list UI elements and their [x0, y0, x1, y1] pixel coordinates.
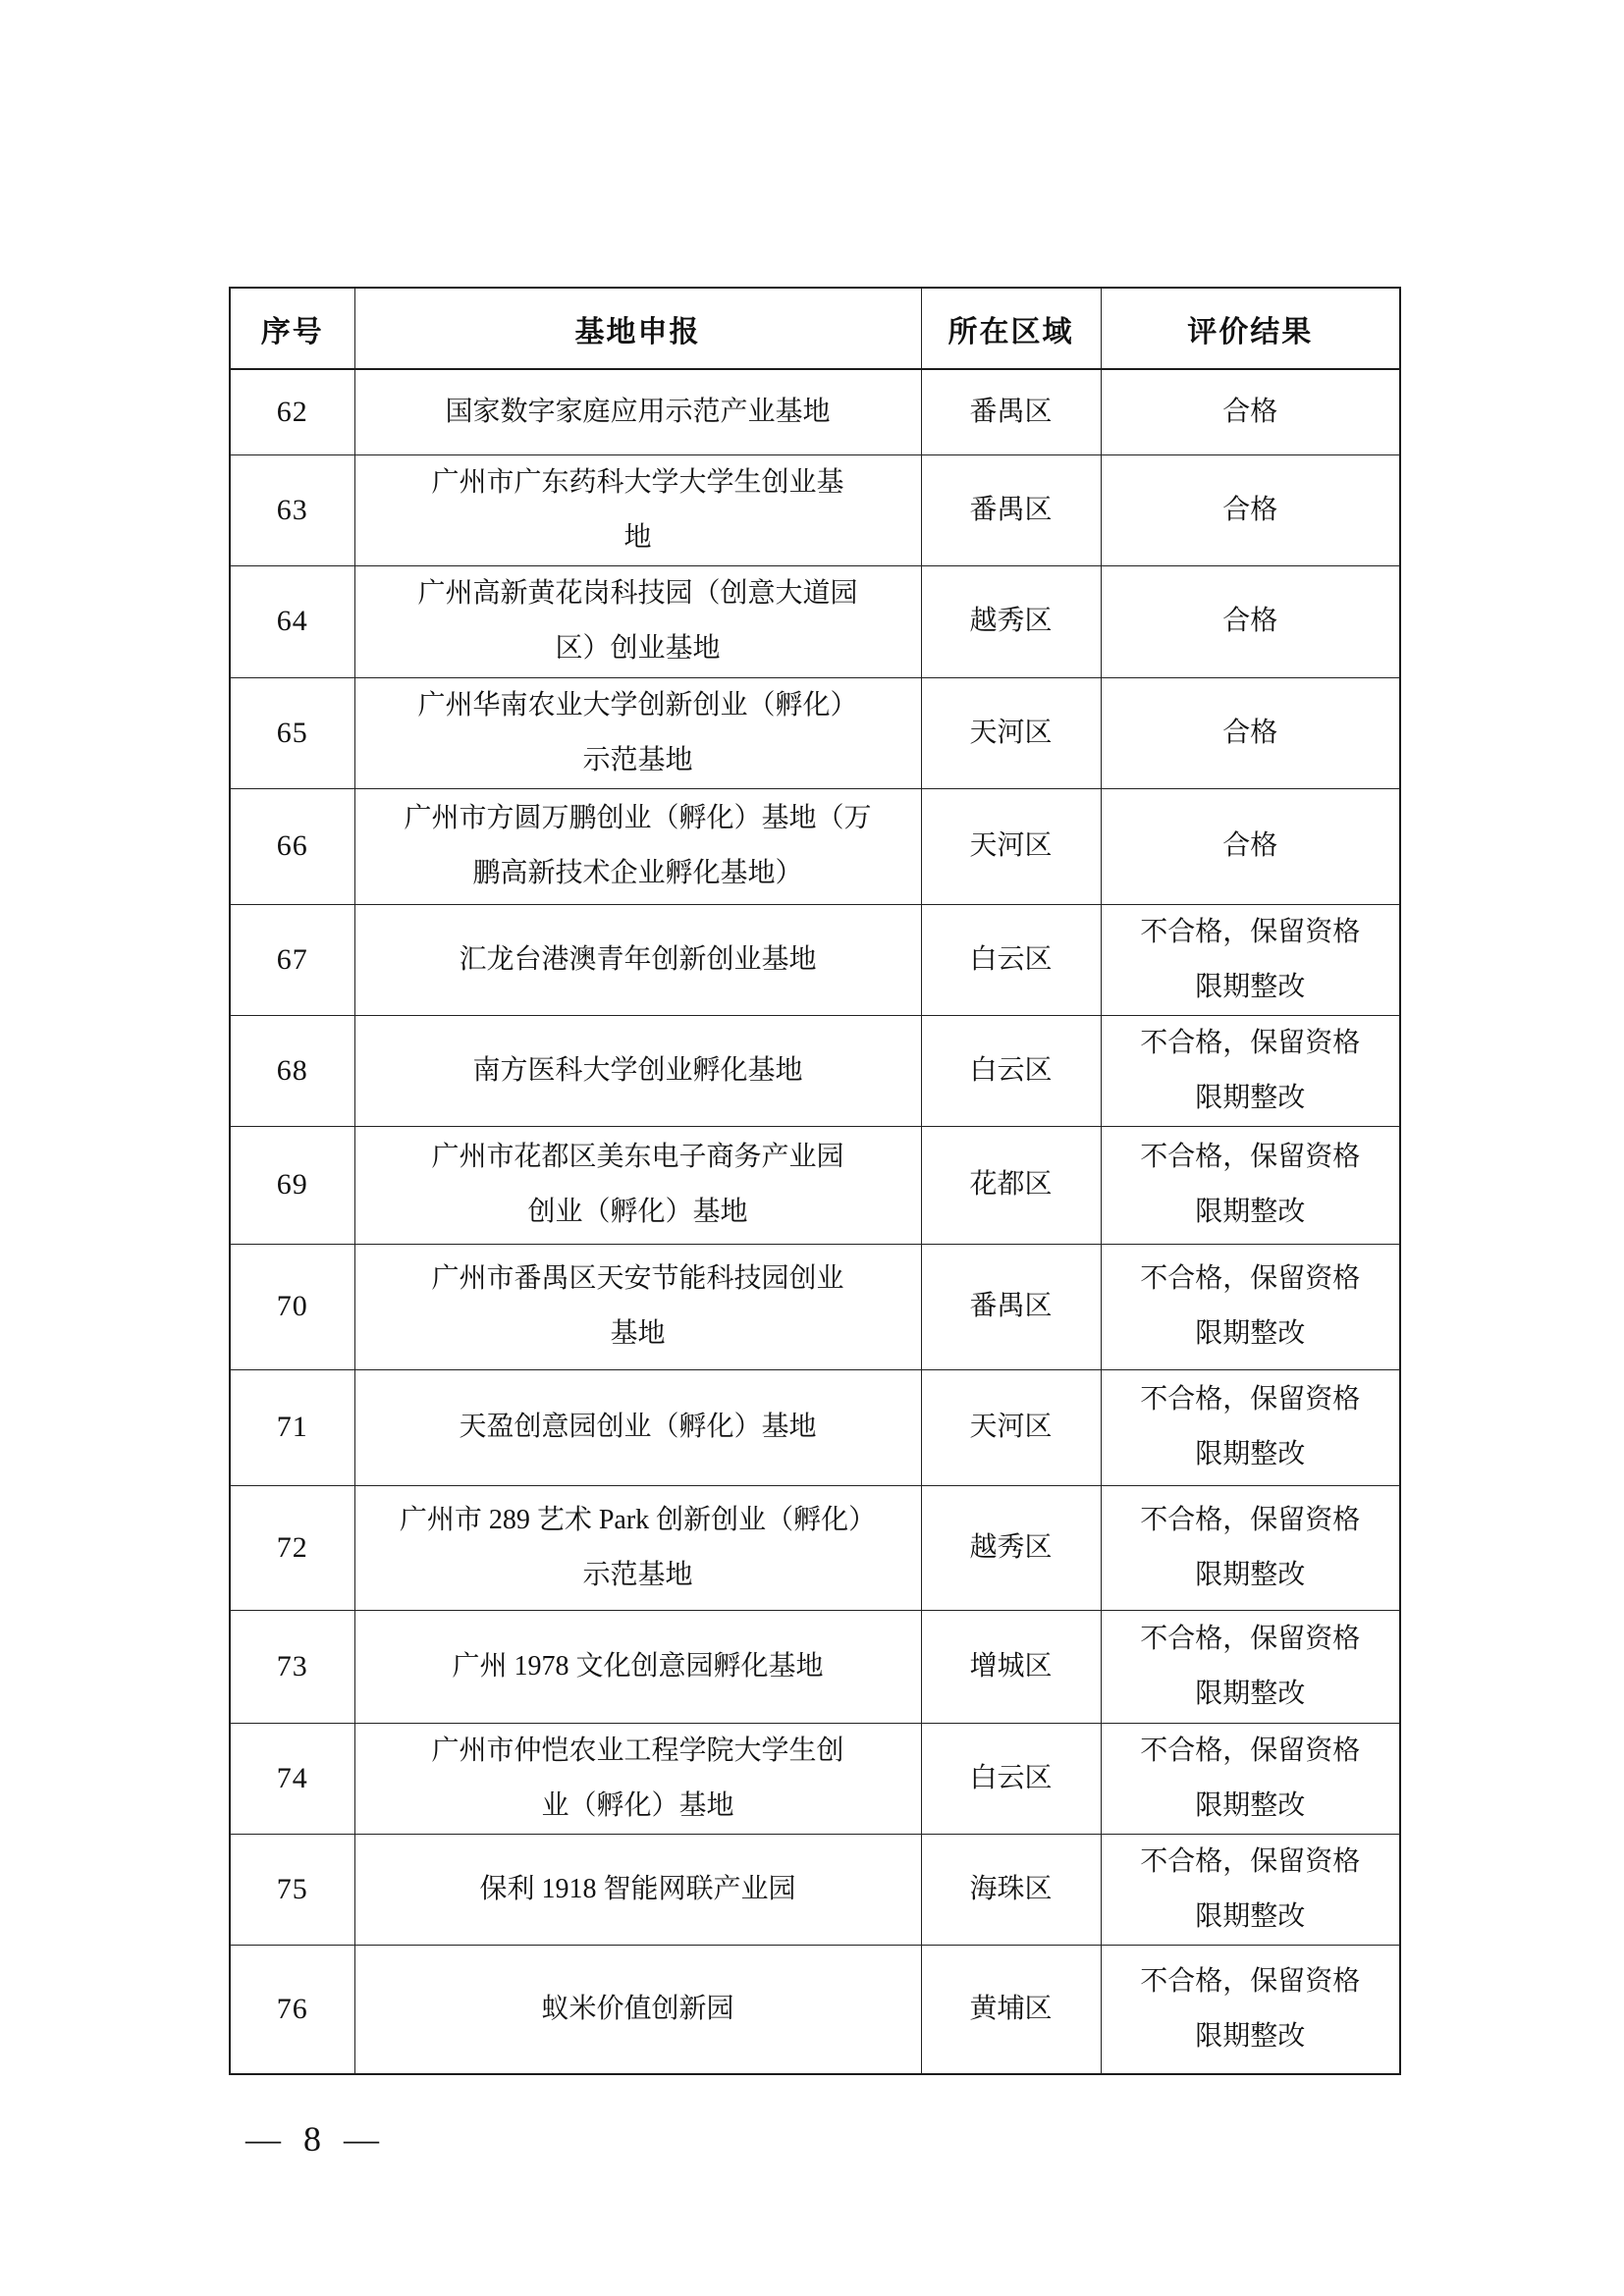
row-serial-number: 72 [230, 1485, 354, 1610]
row-base-name: 广州市花都区美东电子商务产业园 创业（孵化）基地 [354, 1126, 921, 1244]
row-base-name: 国家数字家庭应用示范产业基地 [354, 369, 921, 454]
row-serial-number: 63 [230, 454, 354, 565]
row-result: 合格 [1101, 677, 1400, 788]
row-base-name: 保利 1918 智能网联产业园 [354, 1834, 921, 1945]
row-base-name: 广州市番禺区天安节能科技园创业 基地 [354, 1244, 921, 1369]
row-result: 不合格，保留资格 限期整改 [1101, 1126, 1400, 1244]
table-row: 76 蚁米价值创新园 黄埔区 不合格，保留资格 限期整改 [230, 1945, 1400, 2074]
row-base-name: 广州华南农业大学创新创业（孵化） 示范基地 [354, 677, 921, 788]
row-result: 不合格，保留资格 限期整改 [1101, 1244, 1400, 1369]
page-number: — 8 — [245, 2118, 386, 2160]
row-result: 合格 [1101, 788, 1400, 904]
row-base-name: 广州市仲恺农业工程学院大学生创 业（孵化）基地 [354, 1723, 921, 1834]
row-base-name: 广州 1978 文化创意园孵化基地 [354, 1610, 921, 1723]
row-region: 番禺区 [921, 1244, 1101, 1369]
row-region: 海珠区 [921, 1834, 1101, 1945]
table-row: 65 广州华南农业大学创新创业（孵化） 示范基地 天河区 合格 [230, 677, 1400, 788]
row-region: 白云区 [921, 1015, 1101, 1126]
row-serial-number: 68 [230, 1015, 354, 1126]
row-region: 天河区 [921, 677, 1101, 788]
table-row: 73 广州 1978 文化创意园孵化基地 增城区 不合格，保留资格 限期整改 [230, 1610, 1400, 1723]
row-result: 不合格，保留资格 限期整改 [1101, 1610, 1400, 1723]
table-row: 67 汇龙台港澳青年创新创业基地 白云区 不合格，保留资格 限期整改 [230, 904, 1400, 1015]
row-base-name: 蚁米价值创新园 [354, 1945, 921, 2074]
row-region: 越秀区 [921, 1485, 1101, 1610]
row-region: 黄埔区 [921, 1945, 1101, 2074]
header-serial-number: 序号 [230, 288, 354, 369]
row-result: 合格 [1101, 565, 1400, 677]
table-body: 62 国家数字家庭应用示范产业基地 番禺区 合格 63 广州市广东药科大学大学生… [230, 369, 1400, 2074]
row-serial-number: 62 [230, 369, 354, 454]
row-result: 不合格，保留资格 限期整改 [1101, 904, 1400, 1015]
row-base-name: 汇龙台港澳青年创新创业基地 [354, 904, 921, 1015]
table-row: 63 广州市广东药科大学大学生创业基 地 番禺区 合格 [230, 454, 1400, 565]
table-row: 68 南方医科大学创业孵化基地 白云区 不合格，保留资格 限期整改 [230, 1015, 1400, 1126]
row-result: 合格 [1101, 369, 1400, 454]
row-result: 合格 [1101, 454, 1400, 565]
row-region: 番禺区 [921, 369, 1101, 454]
row-serial-number: 76 [230, 1945, 354, 2074]
table-row: 74 广州市仲恺农业工程学院大学生创 业（孵化）基地 白云区 不合格，保留资格 … [230, 1723, 1400, 1834]
row-serial-number: 73 [230, 1610, 354, 1723]
row-serial-number: 65 [230, 677, 354, 788]
evaluation-table: 序号 基地申报 所在区域 评价结果 62 国家数字家庭应用示范产业基地 番禺区 … [229, 287, 1401, 2075]
row-region: 白云区 [921, 1723, 1101, 1834]
row-serial-number: 71 [230, 1369, 354, 1485]
table-header: 序号 基地申报 所在区域 评价结果 [230, 288, 1400, 369]
table-row: 70 广州市番禺区天安节能科技园创业 基地 番禺区 不合格，保留资格 限期整改 [230, 1244, 1400, 1369]
row-result: 不合格，保留资格 限期整改 [1101, 1485, 1400, 1610]
header-region: 所在区域 [921, 288, 1101, 369]
table-row: 72 广州市 289 艺术 Park 创新创业（孵化） 示范基地 越秀区 不合格… [230, 1485, 1400, 1610]
header-base-name: 基地申报 [354, 288, 921, 369]
row-region: 番禺区 [921, 454, 1101, 565]
row-result: 不合格，保留资格 限期整改 [1101, 1834, 1400, 1945]
table-row: 66 广州市方圆万鹏创业（孵化）基地（万 鹏高新技术企业孵化基地） 天河区 合格 [230, 788, 1400, 904]
row-region: 增城区 [921, 1610, 1101, 1723]
row-result: 不合格，保留资格 限期整改 [1101, 1723, 1400, 1834]
row-region: 越秀区 [921, 565, 1101, 677]
row-serial-number: 66 [230, 788, 354, 904]
row-serial-number: 67 [230, 904, 354, 1015]
row-result: 不合格，保留资格 限期整改 [1101, 1015, 1400, 1126]
row-region: 白云区 [921, 904, 1101, 1015]
table-header-row: 序号 基地申报 所在区域 评价结果 [230, 288, 1400, 369]
row-base-name: 天盈创意园创业（孵化）基地 [354, 1369, 921, 1485]
table-row: 75 保利 1918 智能网联产业园 海珠区 不合格，保留资格 限期整改 [230, 1834, 1400, 1945]
row-serial-number: 70 [230, 1244, 354, 1369]
row-serial-number: 74 [230, 1723, 354, 1834]
row-region: 天河区 [921, 788, 1101, 904]
row-base-name: 广州市 289 艺术 Park 创新创业（孵化） 示范基地 [354, 1485, 921, 1610]
row-result: 不合格，保留资格 限期整改 [1101, 1369, 1400, 1485]
document-page: 序号 基地申报 所在区域 评价结果 62 国家数字家庭应用示范产业基地 番禺区 … [0, 0, 1624, 2296]
row-base-name: 广州市方圆万鹏创业（孵化）基地（万 鹏高新技术企业孵化基地） [354, 788, 921, 904]
row-base-name: 南方医科大学创业孵化基地 [354, 1015, 921, 1126]
row-result: 不合格，保留资格 限期整改 [1101, 1945, 1400, 2074]
row-base-name: 广州高新黄花岗科技园（创意大道园 区）创业基地 [354, 565, 921, 677]
table-row: 71 天盈创意园创业（孵化）基地 天河区 不合格，保留资格 限期整改 [230, 1369, 1400, 1485]
table-row: 69 广州市花都区美东电子商务产业园 创业（孵化）基地 花都区 不合格，保留资格… [230, 1126, 1400, 1244]
header-result: 评价结果 [1101, 288, 1400, 369]
row-serial-number: 69 [230, 1126, 354, 1244]
table-row: 64 广州高新黄花岗科技园（创意大道园 区）创业基地 越秀区 合格 [230, 565, 1400, 677]
row-base-name: 广州市广东药科大学大学生创业基 地 [354, 454, 921, 565]
row-region: 花都区 [921, 1126, 1101, 1244]
table-row: 62 国家数字家庭应用示范产业基地 番禺区 合格 [230, 369, 1400, 454]
row-serial-number: 64 [230, 565, 354, 677]
row-serial-number: 75 [230, 1834, 354, 1945]
row-region: 天河区 [921, 1369, 1101, 1485]
